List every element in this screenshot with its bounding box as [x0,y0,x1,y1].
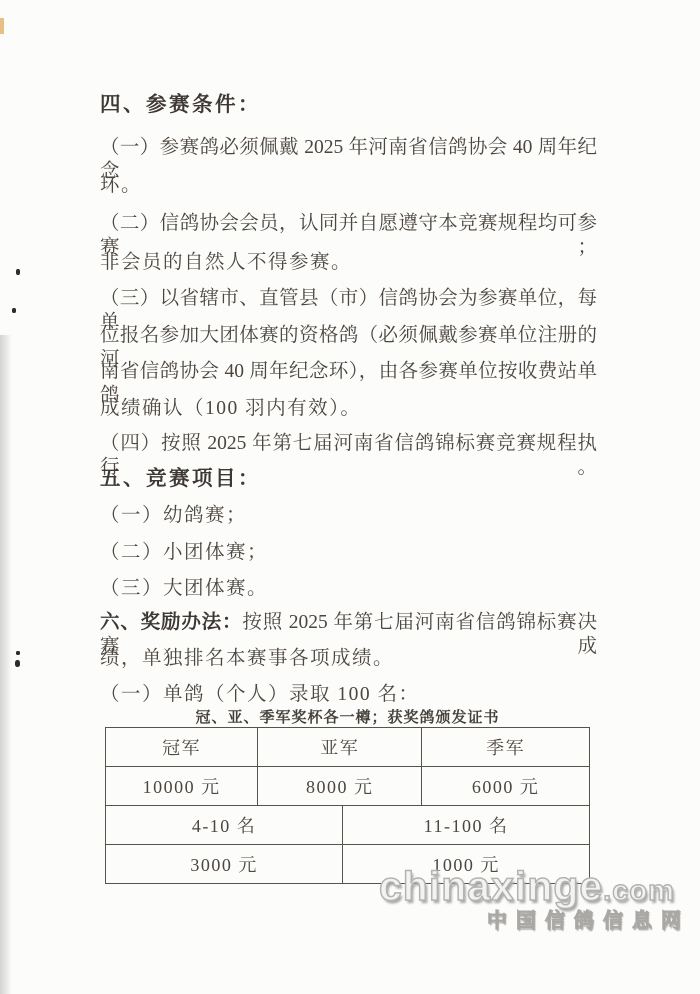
cell-third-label: 季军 [422,728,589,766]
table-row-rank-rest: 4-10 名 11-100 名 [106,806,589,845]
scan-edge-shadow [0,335,12,994]
cell-runnerup-prize: 8000 元 [258,767,422,805]
section-6-line-2: 绩，单独排名本赛事各项成绩。 [100,647,597,671]
scan-speck [0,18,4,34]
event-item-2: （二）小团体赛； [100,541,597,565]
cell-third-prize: 6000 元 [422,767,589,805]
scanned-document-page: 四、参赛条件： （一）参赛鸽必须佩戴 2025 年河南省信鸽协会 40 周年纪念… [0,0,700,994]
scan-speck [12,308,16,313]
cell-runnerup-label: 亚军 [258,728,422,766]
watermark-domain-tld: .com [603,875,675,907]
scan-speck [16,651,20,655]
table-row-rank-top3: 冠军 亚军 季军 [106,728,589,767]
event-item-1: （一）幼鸽赛； [100,504,597,528]
table-row-prize-top3: 10000 元 8000 元 6000 元 [106,767,589,806]
cell-prize-4-10: 3000 元 [106,845,343,883]
scan-speck [15,660,20,667]
clause-4-3-line-4: 成绩确认（100 羽内有效）。 [100,397,597,421]
clause-6-1-line: （一）单鸽（个人）录取 100 名： [100,683,597,707]
prize-table: 冠军 亚军 季军 10000 元 8000 元 6000 元 4-10 名 11… [105,727,590,884]
clause-4-2-line-2: 非会员的自然人不得参赛。 [100,251,597,275]
section-4-heading: 四、参赛条件： [100,93,597,117]
watermark-domain: chinaxinge.com [379,866,675,907]
cell-champion-prize: 10000 元 [106,767,258,805]
event-item-3: （三）大团体赛。 [100,577,597,601]
section-5-heading: 五、竞赛项目： [100,467,597,491]
clause-4-1-line-2: 环。 [100,174,597,198]
cell-rank-4-10: 4-10 名 [106,806,343,844]
cell-rank-11-100: 11-100 名 [343,806,589,844]
watermark-chinese: 中国信鸽信息网 [487,911,690,931]
cell-champion-label: 冠军 [106,728,258,766]
watermark-domain-name: chinaxinge [379,863,603,909]
section-6-heading: 六、奖励办法： [100,612,242,633]
prize-table-caption: 冠、亚、季军奖杯各一樽；获奖鸽颁发证书 [105,706,590,727]
scan-speck [16,269,20,275]
